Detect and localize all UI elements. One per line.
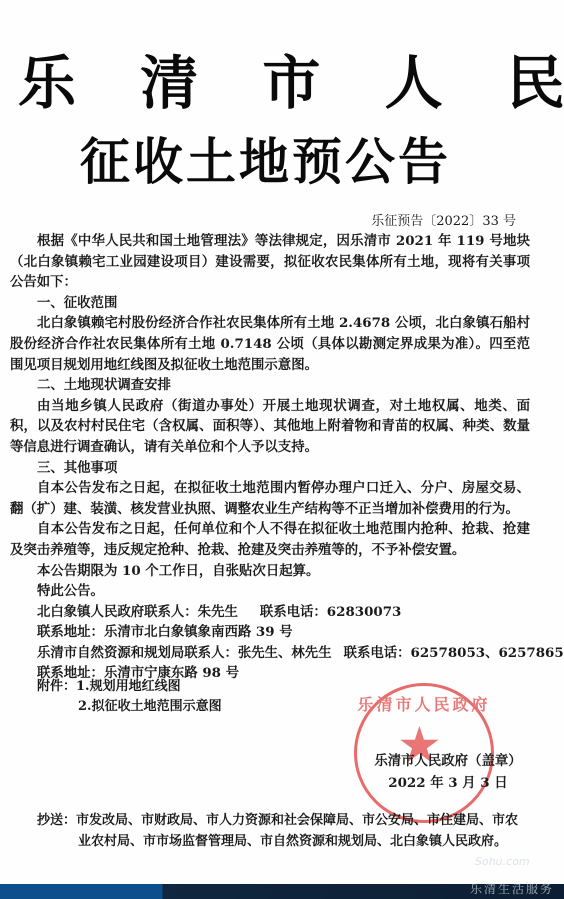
other-paragraph-3: 本公告期限为 10 个工作日，自张贴次日起算。 bbox=[10, 561, 530, 582]
attachments-label: 附件： bbox=[37, 679, 76, 694]
attachment-item: 2.拟征收土地范围示意图 bbox=[78, 699, 222, 714]
cc-list: 抄送：市发改局、市财政局、市人力资源和社会保障局、市公安局、市住建局、市农 业农… bbox=[37, 810, 537, 852]
cc-line-1: 市发改局、市财政局、市人力资源和社会保障局、市公安局、市住建局、市农 bbox=[76, 813, 518, 828]
signature-date: 2022 年 3 月 3 日 bbox=[368, 772, 528, 794]
intro-paragraph: 根据《中华人民共和国土地管理法》等法律规定，因乐清市 2021 年 119 号地… bbox=[10, 231, 530, 293]
document-page: 乐 清 市 人 民 政 府 征收土地预公告 乐征预告〔2022〕33 号 根据《… bbox=[0, 0, 564, 884]
contact-town: 北白象镇人民政府联系人：朱先生联系电话：62830073 bbox=[10, 602, 530, 623]
attachments: 附件：1.规划用地红线图 2.拟征收土地范围示意图 bbox=[37, 677, 222, 717]
contact-bureau: 乐清市自然资源和规划局联系人：张先生、林先生联系电话：62578053、6257… bbox=[10, 643, 530, 664]
contact-bureau-person: 乐清市自然资源和规划局联系人：张先生、林先生 bbox=[37, 645, 332, 661]
contact-town-person: 北白象镇人民政府联系人：朱先生 bbox=[37, 604, 238, 620]
contact-town-phone: 联系电话：62830073 bbox=[260, 604, 402, 620]
section-heading-survey: 二、土地现状调查安排 bbox=[10, 375, 530, 396]
signature-org: 乐清市人民政府（盖章） bbox=[368, 750, 528, 772]
issuer-title: 乐 清 市 人 民 政 府 bbox=[18, 48, 538, 118]
scope-paragraph: 北白象镇赖宅村股份经济合作社农民集体所有土地 2.4678 公顷，北白象镇石船村… bbox=[10, 313, 530, 375]
watermark-logo: Sohu.com bbox=[475, 855, 530, 868]
seal-text: 乐清市人民政府 bbox=[357, 692, 491, 715]
contact-bureau-phone: 联系电话：62578053、62578652 bbox=[344, 645, 564, 661]
survey-paragraph: 由当地乡镇人民政府（街道办事处）开展土地现状调查，对土地权属、地类、面积，以及农… bbox=[10, 396, 530, 458]
signature-block: 乐清市人民政府（盖章） 2022 年 3 月 3 日 bbox=[368, 750, 528, 794]
attachment-item: 1.规划用地红线图 bbox=[76, 679, 181, 694]
section-heading-scope: 一、征收范围 bbox=[10, 293, 530, 314]
contact-town-address: 联系地址：乐清市北白象镇象南西路 39 号 bbox=[10, 622, 530, 643]
bottom-banner-text: 乐清生活服务 bbox=[470, 880, 554, 897]
notice-title: 征收土地预公告 bbox=[80, 130, 500, 194]
section-heading-other: 三、其他事项 bbox=[10, 458, 530, 479]
closing-line: 特此公告。 bbox=[10, 581, 530, 602]
other-paragraph-1: 自本公告发布之日起，在拟征收土地范围内暂停办理户口迁入、分户、房屋交易、翻（扩）… bbox=[10, 478, 530, 519]
other-paragraph-2: 自本公告发布之日起，任何单位和个人不得在拟征收土地范围内抢种、抢栽、抢建及突击养… bbox=[10, 519, 530, 560]
cc-label: 抄送： bbox=[37, 813, 76, 828]
notice-body: 根据《中华人民共和国土地管理法》等法律规定，因乐清市 2021 年 119 号地… bbox=[10, 231, 530, 684]
bottom-banner: 乐清生活服务 bbox=[0, 884, 564, 899]
document-number: 乐征预告〔2022〕33 号 bbox=[371, 212, 516, 232]
cc-line-2: 业农村局、市市场监督管理局、市自然资源和规划局、北白象镇人民政府。 bbox=[37, 831, 537, 852]
